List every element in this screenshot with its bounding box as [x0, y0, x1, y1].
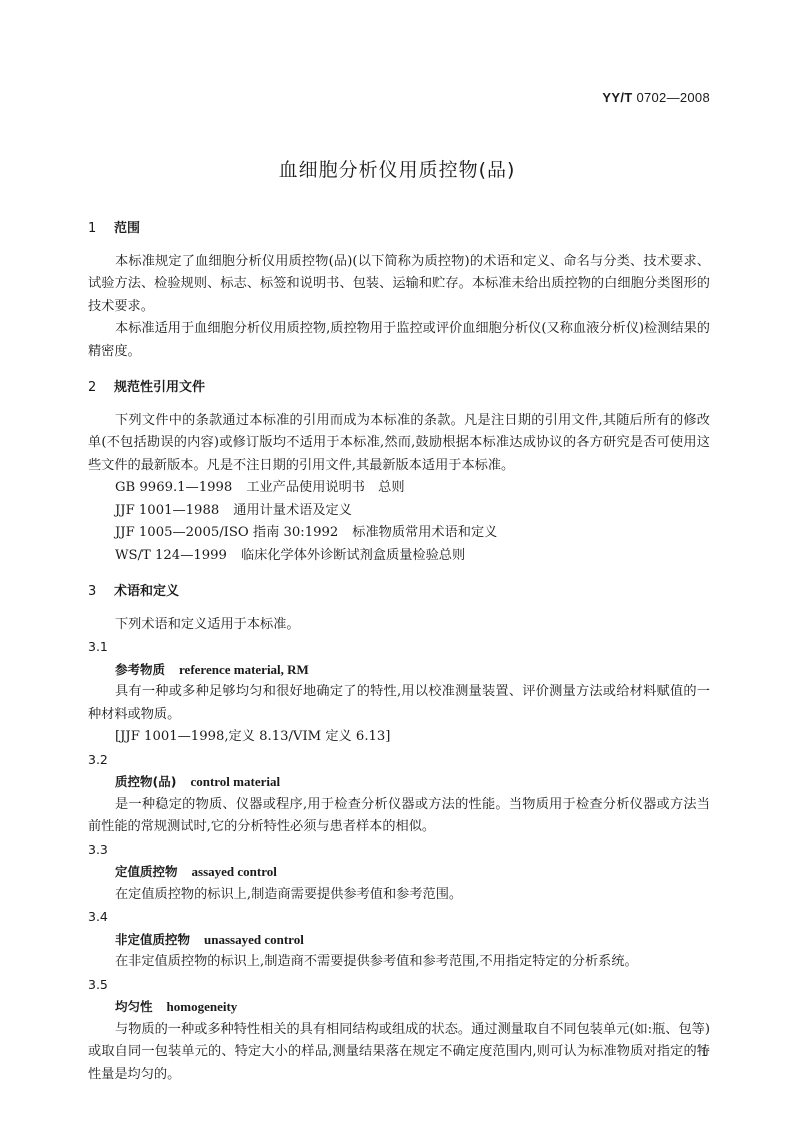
document-page: YY/T 0702—2008 血细胞分析仪用质控物(品) 1范围 本标准规定了血… [0, 0, 794, 1122]
reference-code: JJF 1001—1988 [115, 500, 219, 523]
term-number: 3.5 [88, 974, 710, 997]
reference-name: 标准物质常用术语和定义 [352, 525, 497, 540]
term-zh: 非定值质控物 [115, 932, 190, 947]
term-number: 3.1 [88, 636, 710, 659]
paragraph: 下列文件中的条款通过本标准的引用而成为本标准的条款。凡是注日期的引用文件,其随后… [88, 410, 710, 478]
document-body: 1范围 本标准规定了血细胞分析仪用质控物(品)(以下简称为质控物)的术语和定义、… [88, 218, 710, 1086]
term-number: 3.3 [88, 839, 710, 862]
term-number: 3.2 [88, 749, 710, 772]
term-zh: 定值质控物 [115, 864, 178, 879]
term-definition: 是一种稳定的物质、仪器或程序,用于检查分析仪器或方法的性能。当物质用于检查分析仪… [88, 794, 710, 839]
term-en: assayed control [192, 864, 277, 879]
section-number: 2 [88, 377, 114, 400]
term-heading: 参考物质reference material, RM [88, 659, 710, 682]
term-definition: 具有一种或多种足够均匀和很好地确定了的特性,用以校准测量装置、评价测量方法或给材… [88, 681, 710, 726]
term-heading: 定值质控物assayed control [88, 861, 710, 884]
term-heading: 质控物(品)control material [88, 771, 710, 794]
section-title: 规范性引用文件 [114, 380, 205, 395]
section-heading-scope: 1范围 [88, 218, 710, 241]
paragraph: 本标准规定了血细胞分析仪用质控物(品)(以下简称为质控物)的术语和定义、命名与分… [88, 251, 710, 319]
reference-name: 临床化学体外诊断试剂盒质量检验总则 [241, 548, 465, 563]
section-title: 术语和定义 [114, 584, 179, 599]
term-en: homogeneity [167, 999, 238, 1014]
reference-item: GB 9969.1—1998工业产品使用说明书 总则 [88, 477, 710, 500]
standard-prefix: YY/T [602, 90, 632, 105]
reference-item: JJF 1001—1988通用计量术语及定义 [88, 500, 710, 523]
term-en: unassayed control [204, 932, 304, 947]
term-zh: 均匀性 [115, 999, 153, 1014]
page-number: 1 [700, 1045, 708, 1059]
section-heading-terms-definitions: 3术语和定义 [88, 581, 710, 604]
section-number: 3 [88, 581, 114, 604]
reference-code: GB 9969.1—1998 [115, 477, 232, 500]
reference-code: WS/T 124—1999 [115, 545, 227, 568]
term-zh: 参考物质 [115, 662, 165, 677]
paragraph: 本标准适用于血细胞分析仪用质控物,质控物用于监控或评价血细胞分析仪(又称血液分析… [88, 318, 710, 363]
term-number: 3.4 [88, 906, 710, 929]
paragraph: 下列术语和定义适用于本标准。 [88, 614, 710, 637]
document-title: 血细胞分析仪用质控物(品) [0, 155, 794, 182]
reference-item: JJF 1005—2005/ISO 指南 30:1992标准物质常用术语和定义 [88, 522, 710, 545]
term-zh: 质控物(品) [115, 774, 176, 789]
reference-code: JJF 1005—2005/ISO 指南 30:1992 [115, 522, 338, 545]
term-definition: 在非定值质控物的标识上,制造商不需要提供参考值和参考范围,不用指定特定的分析系统… [88, 951, 710, 974]
reference-name: 工业产品使用说明书 总则 [246, 480, 404, 495]
term-heading: 非定值质控物unassayed control [88, 929, 710, 952]
reference-name: 通用计量术语及定义 [233, 503, 352, 518]
term-definition: 与物质的一种或多种特性相关的具有相同结构或组成的状态。通过测量取自不同包装单元(… [88, 1019, 710, 1087]
term-heading: 均匀性homogeneity [88, 996, 710, 1019]
standard-number: 0702—2008 [636, 90, 710, 105]
section-heading-normative-references: 2规范性引用文件 [88, 377, 710, 400]
term-source: [JJF 1001—1998,定义 8.13/VIM 定义 6.13] [88, 726, 710, 749]
term-en: control material [190, 774, 280, 789]
reference-item: WS/T 124—1999临床化学体外诊断试剂盒质量检验总则 [88, 545, 710, 568]
section-number: 1 [88, 218, 114, 241]
standard-code: YY/T 0702—2008 [602, 90, 710, 105]
section-title: 范围 [114, 221, 140, 236]
term-en: reference material, RM [179, 662, 309, 677]
term-definition: 在定值质控物的标识上,制造商需要提供参考值和参考范围。 [88, 884, 710, 907]
